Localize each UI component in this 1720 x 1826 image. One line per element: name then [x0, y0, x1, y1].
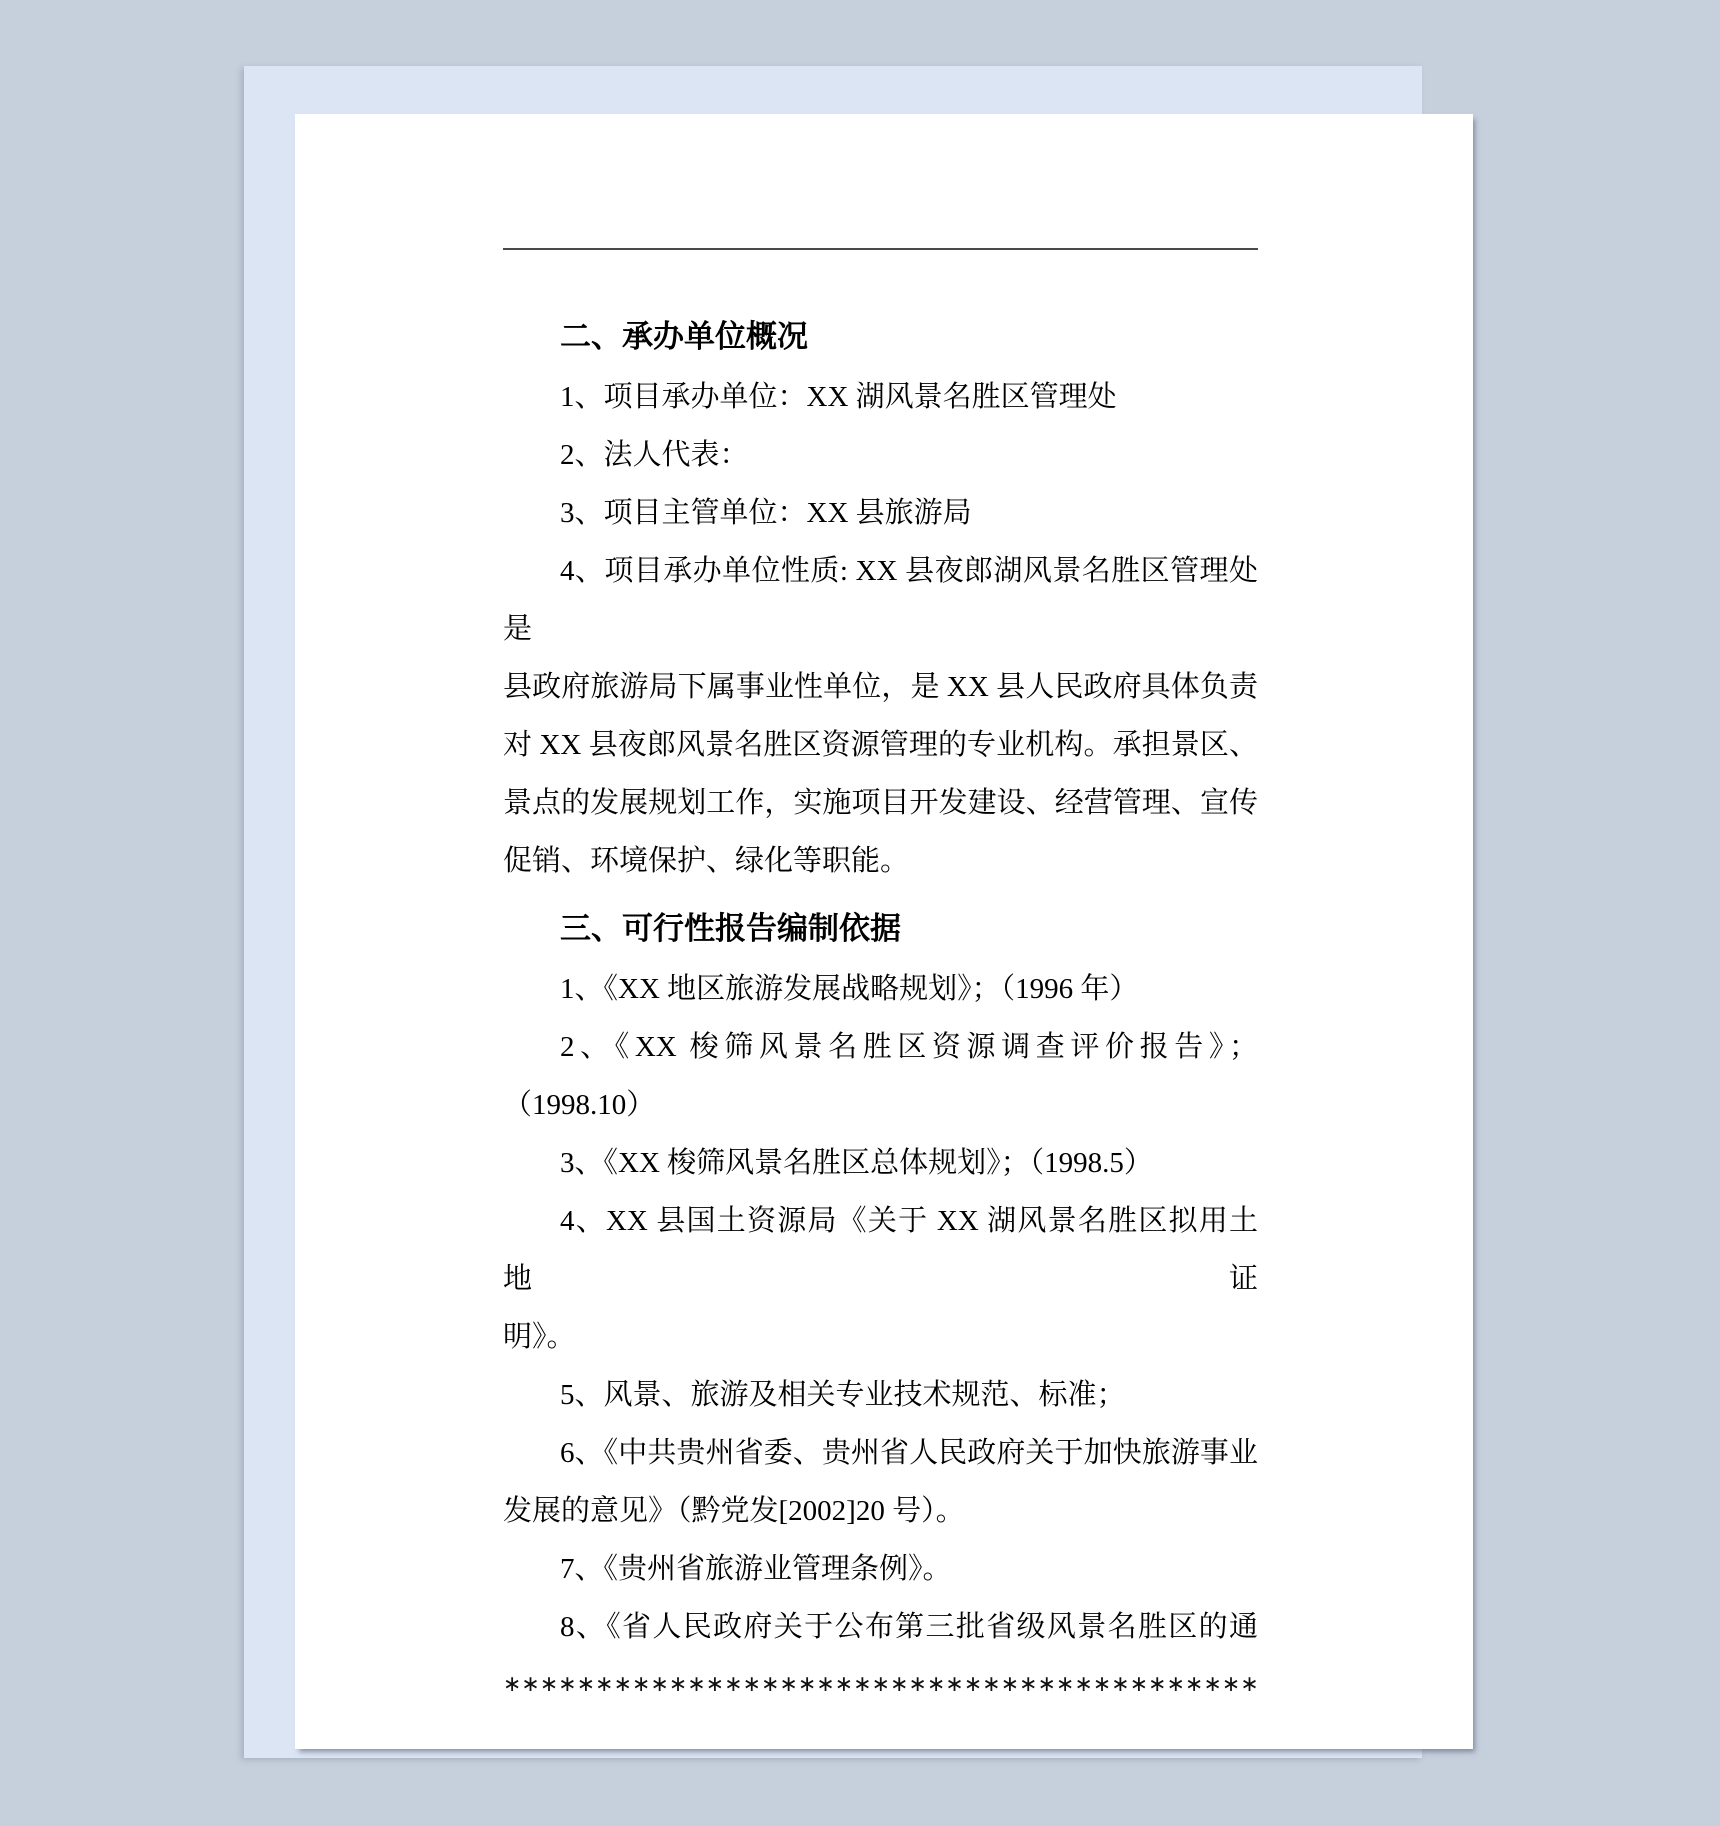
text-line: 2、法人代表： [503, 426, 1258, 484]
section-heading: 二、承办单位概况 [503, 308, 1258, 366]
text-line: 县政府旅游局下属事业性单位，是 XX 县人民政府具体负责 [503, 658, 1258, 716]
text-line: 7、《贵州省旅游业管理条例》。 [503, 1540, 1258, 1598]
document-body: 二、承办单位概况1、项目承办单位：XX 湖风景名胜区管理处2、法人代表：3、项目… [503, 308, 1258, 1656]
text-line: 3、《XX 梭筛风景名胜区总体规划》；（1998.5） [503, 1134, 1258, 1192]
text-line: 促销、环境保护、绿化等职能。 [503, 832, 1258, 890]
text-line: 2、《XX 梭筛风景名胜区资源调查评价报告》； [503, 1018, 1258, 1076]
text-line: 发展的意见》（黔党发[2002]20 号）。 [503, 1482, 1258, 1540]
document-page: 二、承办单位概况1、项目承办单位：XX 湖风景名胜区管理处2、法人代表：3、项目… [295, 114, 1473, 1749]
footer-asterisk-divider: ∗∗∗∗∗∗∗∗∗∗∗∗∗∗∗∗∗∗∗∗∗∗∗∗∗∗∗∗∗∗∗∗∗∗∗∗∗∗∗∗… [503, 1670, 1258, 1700]
text-line: 6、《中共贵州省委、贵州省人民政府关于加快旅游事业 [503, 1424, 1258, 1482]
text-line: （1998.10） [503, 1076, 1258, 1134]
text-line: 对 XX 县夜郎风景名胜区资源管理的专业机构。承担景区、 [503, 716, 1258, 774]
text-line: 5、风景、旅游及相关专业技术规范、标准； [503, 1366, 1258, 1424]
page-content-area: 二、承办单位概况1、项目承办单位：XX 湖风景名胜区管理处2、法人代表：3、项目… [295, 114, 1473, 1700]
desktop-background: { "canvas": { "background_color": "#c6d0… [0, 0, 1720, 1826]
header-divider-line [503, 248, 1258, 250]
text-line: 景点的发展规划工作，实施项目开发建设、经营管理、宣传 [503, 774, 1258, 832]
text-line: 4、项目承办单位性质: XX 县夜郎湖风景名胜区管理处是 [503, 542, 1258, 658]
text-line: 1、《XX 地区旅游发展战略规划》；（1996 年） [503, 960, 1258, 1018]
text-line: 4、XX 县国土资源局《关于 XX 湖风景名胜区拟用土地证 [503, 1192, 1258, 1308]
section-heading: 三、可行性报告编制依据 [503, 900, 1258, 958]
text-line: 1、项目承办单位：XX 湖风景名胜区管理处 [503, 368, 1258, 426]
text-line: 8、《省人民政府关于公布第三批省级风景名胜区的通 [503, 1598, 1258, 1656]
text-line: 3、项目主管单位：XX 县旅游局 [503, 484, 1258, 542]
text-line: 明》。 [503, 1308, 1258, 1366]
